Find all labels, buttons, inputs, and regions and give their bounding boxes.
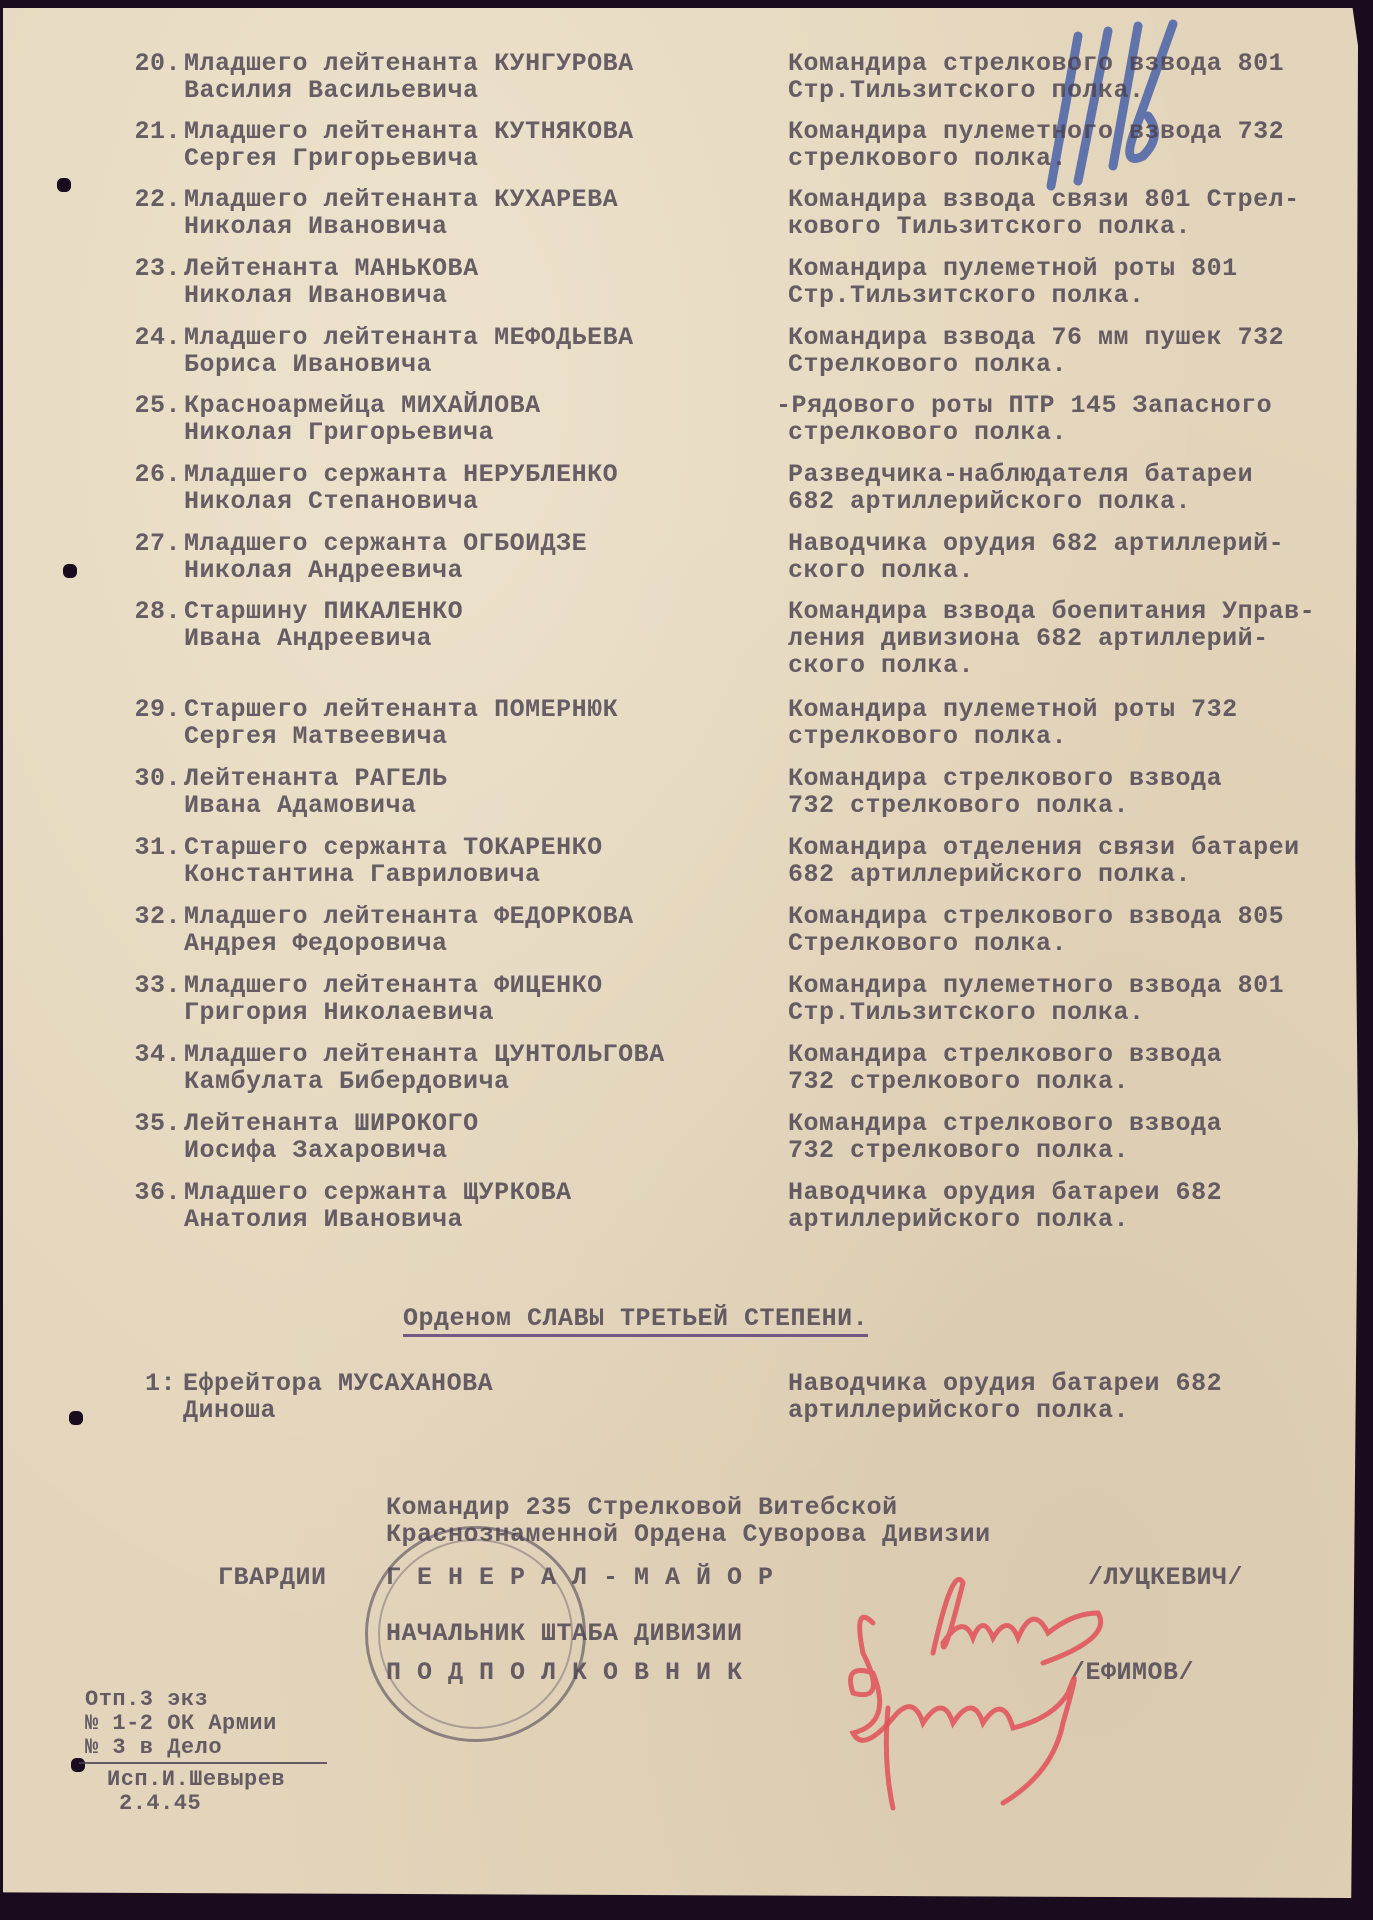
section-heading: Орденом СЛАВЫ ТРЕТЬЕЙ СТЕПЕНИ. [403, 1305, 868, 1332]
entry-position-line: Стрелкового полка. [788, 930, 1284, 957]
entry-surname: ФЕДОРКОВА [494, 902, 634, 931]
entry-position-line: Разведчика-наблюдателя батареи [788, 461, 1253, 488]
entry-given-names: Анатолия Ивановича [184, 1206, 572, 1233]
entry-rank: Лейтенанта [184, 764, 339, 793]
entry-given-names: Ивана Андреевича [184, 625, 463, 652]
entry-position-line: Наводчика орудия батареи 682 [788, 1370, 1222, 1397]
entry-given-names: Константина Гавриловича [184, 861, 603, 888]
red-handwritten-signatures [833, 1543, 1163, 1813]
footer-line: Отп.3 экз [85, 1688, 327, 1712]
entry-given-names: Николая Ивановича [184, 213, 618, 240]
entry-position-line: Командира взвода связи 801 Стрел- [788, 186, 1300, 213]
entry-surname: РАГЕЛЬ [355, 764, 448, 793]
entry-number: 29. [126, 696, 181, 723]
entry-rank: Старшего сержанта [184, 833, 448, 862]
entry-number: 30. [126, 765, 181, 792]
entry-rank: Младшего сержанта [184, 1178, 448, 1207]
entry-rank: Старшего лейтенанта [184, 695, 479, 724]
punch-hole [63, 564, 77, 578]
entry-number: 28. [126, 598, 181, 625]
entry-number: 21. [126, 118, 181, 145]
entry-position-line: артиллерийского полка. [788, 1397, 1222, 1424]
guard-label: ГВАРДИИ [218, 1564, 327, 1591]
entry-surname: КУХАРЕВА [494, 185, 618, 214]
entry-rank: Младшего лейтенанта [184, 1040, 479, 1069]
entry-given-names: Григория Николаевича [184, 999, 603, 1026]
entry-number: 31. [126, 834, 181, 861]
entry-position-line: Командира взвода боепитания Управ- [788, 598, 1315, 625]
entry-position-line: 732 стрелкового полка. [788, 792, 1222, 819]
entry-given-names: Ивана Адамовича [184, 792, 448, 819]
entry-number: 32. [126, 903, 181, 930]
entry-position-line: кового Тильзитского полка. [788, 213, 1300, 240]
entry-position-line: Командира пулеметного взвода 732 [788, 118, 1284, 145]
entry-rank: Младшего лейтенанта [184, 117, 479, 146]
entry-number: 36. [126, 1179, 181, 1206]
footer-line: № 1-2 ОК Армии [85, 1712, 327, 1736]
entry-rank: Младшего лейтенанта [184, 323, 479, 352]
entry-position-line: Наводчика орудия батареи 682 [788, 1179, 1222, 1206]
entry-number: 25. [126, 392, 181, 419]
footer-line: № 3 в Дело [85, 1736, 327, 1760]
entry-position-line: Командира отделения связи батареи [788, 834, 1300, 861]
entry-position-line: Стр.Тильзитского полка. [788, 282, 1238, 309]
punch-hole [71, 1758, 85, 1772]
entry-position-line: Командира стрелкового взвода 805 [788, 903, 1284, 930]
entry-rank: Младшего лейтенанта [184, 185, 479, 214]
entry-rank: Ефрейтора [183, 1369, 323, 1398]
entry-given-names: Василия Васильевича [184, 77, 634, 104]
entry-position-line: стрелкового полка. [788, 419, 1272, 446]
entry-surname: МЕФОДЬЕВА [494, 323, 634, 352]
entry-position-line: ского полка. [788, 652, 1315, 679]
entry-surname: ШИРОКОГО [355, 1109, 479, 1138]
executor: Исп.И.Шевырев [107, 1768, 327, 1792]
entry-given-names: Андрея Федоровича [184, 930, 634, 957]
rank-major-general: Г Е Н Е Р А Л - М А Й О Р [386, 1564, 774, 1591]
entry-number: 22. [126, 186, 181, 213]
entry-surname: МАНЬКОВА [355, 254, 479, 283]
entry-given-names: Иосифа Захаровича [184, 1137, 479, 1164]
entry-position-line: стрелкового полка. [788, 723, 1238, 750]
entry-position-line: Командира стрелкового взвода [788, 1110, 1222, 1137]
document-page: 20. Младшего лейтенанта КУНГУРОВАВасилия… [3, 8, 1358, 1898]
entry-given-names: Николая Григорьевича [184, 419, 541, 446]
entry-surname: ФИЦЕНКО [494, 971, 603, 1000]
entry-number: 20. [126, 50, 181, 77]
entry-rank: Красноармейца [184, 391, 386, 420]
entry-given-names: Николая Ивановича [184, 282, 479, 309]
entry-position-line: ского полка. [788, 557, 1284, 584]
entry-given-names: Николая Андреевича [184, 557, 587, 584]
distribution-footer: Отп.3 экз № 1-2 ОК Армии № 3 в Дело Исп.… [85, 1688, 327, 1816]
entry-surname: МИХАЙЛОВА [401, 391, 541, 420]
entry-number: 24. [126, 324, 181, 351]
entry-position-line: ления дивизиона 682 артиллерий- [788, 625, 1315, 652]
entry-position-line: 732 стрелкового полка. [788, 1068, 1222, 1095]
entry-position-line: Командира стрелкового взвода [788, 1041, 1222, 1068]
entry-position-line: Командира пулеметной роты 801 [788, 255, 1238, 282]
entry-number: 26. [126, 461, 181, 488]
entry-surname: ОГБОИДЗЕ [463, 529, 587, 558]
entry-given-names: Диноша [183, 1397, 493, 1424]
punch-hole [69, 1411, 83, 1425]
entry-number: 1: [136, 1370, 176, 1397]
entry-position-line: 732 стрелкового полка. [788, 1137, 1222, 1164]
entry-rank: Младшего лейтенанта [184, 971, 479, 1000]
entry-number: 23. [126, 255, 181, 282]
entry-position-line: -Рядового роты ПТР 145 Запасного [776, 392, 1272, 419]
entry-given-names: Николая Степановича [184, 488, 618, 515]
entry-number: 34. [126, 1041, 181, 1068]
entry-position-line: артиллерийского полка. [788, 1206, 1222, 1233]
entry-number: 27. [126, 530, 181, 557]
entry-position-line: Командира пулеметного взвода 801 [788, 972, 1284, 999]
entry-number: 33. [126, 972, 181, 999]
entry-position-line: стрелкового полка. [788, 145, 1284, 172]
entry-number: 35. [126, 1110, 181, 1137]
entry-position-line: Командира стрелкового взвода [788, 765, 1222, 792]
footer-divider [79, 1762, 327, 1764]
entry-position-line: Стр.Тильзитского полка. [788, 77, 1284, 104]
commander-title-line-1: Командир 235 Стрелковой Витебской [386, 1494, 898, 1521]
entry-surname: ТОКАРЕНКО [463, 833, 603, 862]
entry-surname: ЦУНТОЛЬГОВА [494, 1040, 665, 1069]
entry-position-line: 682 артиллерийского полка. [788, 861, 1300, 888]
entry-position-line: Стрелкового полка. [788, 351, 1284, 378]
entry-rank: Младшего лейтенанта [184, 902, 479, 931]
entry-position-line: Наводчика орудия 682 артиллерий- [788, 530, 1284, 557]
entry-rank: Младшего сержанта [184, 529, 448, 558]
entry-surname: ПОМЕРНЮК [494, 695, 618, 724]
entry-rank: Лейтенанта [184, 1109, 339, 1138]
entry-given-names: Сергея Григорьевича [184, 145, 634, 172]
entry-position-line: Командира стрелкового взвода 801 [788, 50, 1284, 77]
entry-rank: Лейтенанта [184, 254, 339, 283]
entry-given-names: Камбулата Бибердовича [184, 1068, 665, 1095]
entry-surname: НЕРУБЛЕНКО [463, 460, 618, 489]
chief-of-staff-title: НАЧАЛЬНИК ШТАБА ДИВИЗИИ [386, 1620, 743, 1647]
rank-lieutenant-colonel: П О Д П О Л К О В Н И К [386, 1659, 743, 1686]
entry-position-line: Командира пулеметной роты 732 [788, 696, 1238, 723]
entry-rank: Младшего лейтенанта [184, 49, 479, 78]
entry-surname: МУСАХАНОВА [338, 1369, 493, 1398]
entry-surname: ПИКАЛЕНКО [324, 597, 464, 626]
entry-position-line: Стр.Тильзитского полка. [788, 999, 1284, 1026]
punch-hole [57, 178, 71, 192]
entry-position-line: 682 артиллерийского полка. [788, 488, 1253, 515]
entry-rank: Младшего сержанта [184, 460, 448, 489]
entry-position-line: Командира взвода 76 мм пушек 732 [788, 324, 1284, 351]
entry-surname: ЩУРКОВА [463, 1178, 572, 1207]
entry-rank: Старшину [184, 597, 308, 626]
entry-surname: КУНГУРОВА [494, 49, 634, 78]
document-date: 2.4.45 [119, 1792, 327, 1816]
entry-given-names: Сергея Матвеевича [184, 723, 618, 750]
entry-surname: КУТНЯКОВА [494, 117, 634, 146]
entry-given-names: Бориса Ивановича [184, 351, 634, 378]
